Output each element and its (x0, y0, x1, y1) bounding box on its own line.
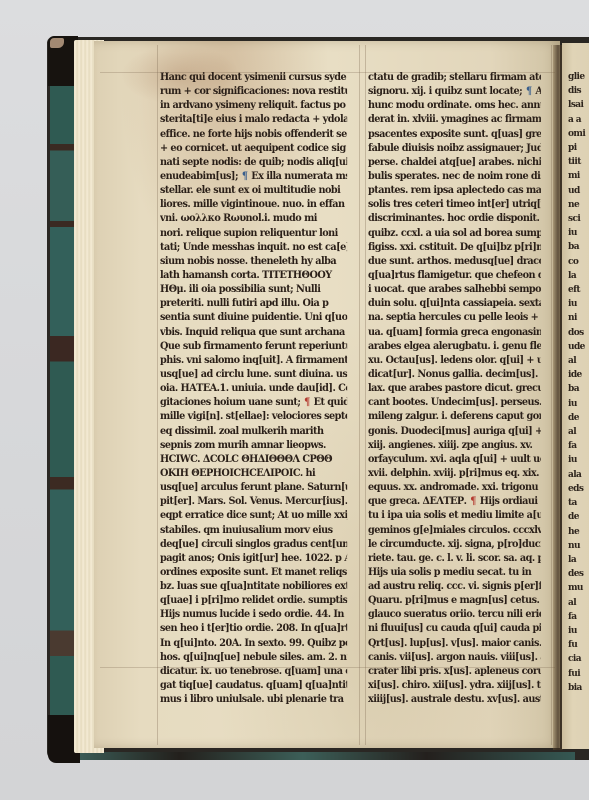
manuscript-line: Hijs numus lucide i sedo ordie. 44. In (160, 607, 347, 621)
manuscript-line: preteriti. nulli futiri apd illu. Oia p (160, 296, 347, 310)
manuscript-line: eq dissimil. zoal mulkerih marith (160, 424, 347, 438)
manuscript-line: sium nobis nosse. theneleth hy alba (160, 254, 347, 268)
manuscript-line: fabule diuisis noibz assignauer; Judi (368, 141, 541, 155)
manuscript-line: xu. Octau[us]. ledens olor. q[ui] + uult… (368, 353, 541, 367)
facing-page-line: sci (562, 212, 589, 226)
manuscript-line: eqpt erratice dice sunt; At uo mille xxi… (160, 508, 347, 522)
manuscript-line: lax. que arabes pastore dicut. grecu bo (368, 381, 541, 395)
manuscript-line: liores. mille vigintinoue. nuo. in effan (160, 197, 347, 211)
manuscript-line: phis. vni salomo inq[uit]. A firmamento … (160, 353, 347, 367)
manuscript-line: figiss. xxi. cstituit. De q[ui]bz p[ri]m… (368, 240, 541, 254)
manuscript-line: oia. HΑΤΕΑ.1. uniuia. unde dau[id]. Co (160, 381, 347, 395)
facing-page-line: ni (562, 311, 589, 325)
manuscript-line: xiiij[us]. australe destu. xv[us]. austr… (368, 692, 541, 706)
facing-page-line: omi (562, 127, 589, 141)
facing-page-line: iu (562, 297, 589, 311)
ruling-line-col-a-right (359, 45, 360, 745)
facing-page-line: ide (562, 368, 589, 382)
manuscript-line: ordines exposite sunt. Et manet reliqs o… (160, 565, 347, 579)
manuscript-line: rum + cor significaciones: nova restitui… (160, 84, 347, 98)
manuscript-line: ptantes. rem ipsa aplectedo cas ma (368, 183, 541, 197)
decorated-initial-icon: ¶ (241, 169, 249, 183)
facing-page-line: a a (562, 113, 589, 127)
manuscript-line: que greca. ΔΕΛΤΕΡ. ¶ Hijs ordiaui (368, 494, 541, 508)
manuscript-line: mille vigi[n]. st[ellae]: velociores sep… (160, 409, 347, 423)
facing-page-line: ta (562, 496, 589, 510)
ruling-line-col-b-left (365, 45, 366, 745)
manuscript-line: sentia sunt diuine puidentie. Uni q[uo]n… (160, 310, 347, 324)
facing-page-line: ala (562, 468, 589, 482)
manuscript-line: sepnis zom murih amnar lieopws. (160, 438, 347, 452)
manuscript-line: dicat[ur]. Nonus gallia. decim[us]. arch… (368, 367, 541, 381)
manuscript-line: ΟΚΙΗ ΘΕΡΗΟΙCΗCΕΛΙΡΟΙC. hi (160, 466, 347, 480)
facing-page-line: mi (562, 169, 589, 183)
facing-page-line: pi (562, 141, 589, 155)
manuscript-line: stellar. ele sunt ex oi multitudie nobi (160, 183, 347, 197)
facing-page-line: cia (562, 652, 589, 666)
manuscript-line: vbis. Inquid reliqua que sunt archana de… (160, 325, 347, 339)
facing-page-line: ud (562, 184, 589, 198)
facing-page-line: tiit (562, 155, 589, 169)
manuscript-line: nori. relique supion reliquentur loni (160, 226, 347, 240)
manuscript-line: crater libi pris. x[us]. apleneus corui. (368, 664, 541, 678)
manuscript-line: canis. vii[us]. argon nauis. viii[us]. a… (368, 650, 541, 664)
facing-page-line: fa (562, 610, 589, 624)
manuscript-line: Hanc qui docent ysimenii cursus syde (160, 70, 347, 84)
manuscript-line: ua. q[uam] formia greca engonasin dicit (368, 325, 541, 339)
manuscript-line: vni. ωολλκο Rωυnol.i. mudo mi (160, 211, 347, 225)
binding-bottom-edge (80, 752, 575, 760)
manuscript-line: le circumducte. xij. signa, p[ro]ducit a (368, 537, 541, 551)
text-column-b: ctatu de gradib; stellaru firmam atq[ue]… (368, 70, 550, 706)
manuscript-line: orfayculum. xvi. aqla q[ui] + uult uolas… (368, 452, 541, 466)
manuscript-line: + eo cornicet. ut aequipent codice sig (160, 141, 347, 155)
manuscript-line: hunc modu ordinate. oms hec. annu (368, 98, 541, 112)
manuscript-line: deq[ue] circuli singlos gradus cent[um] … (160, 537, 347, 551)
facing-page-line: al (562, 354, 589, 368)
manuscript-line: perse. chaldei atq[ue] arabes. nichil i … (368, 155, 541, 169)
facing-page-line: ba (562, 240, 589, 254)
manuscript-line: pit[er]. Mars. Sol. Venus. Mercur[ius]. … (160, 494, 347, 508)
facing-page-line: he (562, 525, 589, 539)
facing-page-line: de (562, 510, 589, 524)
manuscript-line: In q[ui]nto. 20A. In sexto. 99. Quibz po… (160, 636, 347, 650)
facing-page-line: eds (562, 482, 589, 496)
facing-page-line: iu (562, 226, 589, 240)
manuscript-line: xiij. angienes. xiiij. zpe angius. xv. (368, 438, 541, 452)
facing-page-line: la (562, 553, 589, 567)
manuscript-line: dicatur. ix. uo tenebrose. q[uam] una ob… (160, 664, 347, 678)
manuscript-line: i uocat. que arabes salhebbi sempo id (368, 282, 541, 296)
manuscript-line: duin solu. q[ui]nta cassiapeia. sexta co… (368, 296, 541, 310)
facing-page-line: iu (562, 397, 589, 411)
facing-page-line: bia (562, 681, 589, 695)
facing-page-line: ude (562, 340, 589, 354)
manuscript-line: Quaru. p[ri]mus e magn[us] cetus. secund… (368, 593, 541, 607)
facing-page-line: ne (562, 198, 589, 212)
manuscript-line: HΘμ. ili oia possibilia sunt; Nulli (160, 282, 347, 296)
manuscript-line: quibz. ccxl. a uia sol ad borea sumpte (368, 226, 541, 240)
manuscript-line: signoru. xij. i quibz sunt locate; ¶ Ad (368, 84, 541, 98)
facing-page-line: eft (562, 283, 589, 297)
manuscript-line: cant bootes. Undecim[us]. perseus. ha (368, 395, 541, 409)
decorated-initial-icon: ¶ (303, 395, 311, 409)
manuscript-line: Hijs uia solis p mediu secat. tu in (368, 565, 541, 579)
facing-page-line: al (562, 596, 589, 610)
facing-page-line: nu (562, 539, 589, 553)
manuscript-line: gonis. Duodeci[mus] auriga q[ui] + efful… (368, 424, 541, 438)
manuscript-line: xvii. delphin. xviij. p[ri]mus eq. xix. (368, 466, 541, 480)
manuscript-line: Qrt[us]. lup[us]. v[us]. maior canis. vi… (368, 636, 541, 650)
manuscript-line: tu i ipa uia solis et mediu limite a[ust… (368, 508, 541, 522)
facing-page-line: fui (562, 667, 589, 681)
manuscript-line: effice. ne forte hijs nobis offenderit s… (160, 127, 347, 141)
manuscript-line: ΗCΙWC. ΔCOLC ΘΗΔΙΘΘΘΛ CΡΘΘ (160, 452, 347, 466)
manuscript-line: psacentes exposite sunt. q[uas] greci la… (368, 127, 541, 141)
facing-page-line: iu (562, 453, 589, 467)
facing-page-line: dos (562, 326, 589, 340)
facing-page-line: al (562, 425, 589, 439)
manuscript-line: geminos g[e]miales circulos. cccxlvi. si… (368, 523, 541, 537)
facing-page-line: ba (562, 382, 589, 396)
manuscript-line: in ardvano ysimeny reliquit. factus po (160, 98, 347, 112)
manuscript-line: stabiles. qm inuiusalium morv eius (160, 523, 347, 537)
manuscript-line: discriminantes. hoc ordie disponit. Ex (368, 211, 541, 225)
manuscript-line: xi[us]. chiro. xii[us]. ydra. xiij[us]. … (368, 678, 541, 692)
manuscript-line: enudeabim[us]; ¶ Ex illa numerata msta (160, 169, 347, 183)
facing-page-line: de (562, 411, 589, 425)
manuscript-line: riete. tau. ge. c. l. v. li. scor. sa. a… (368, 551, 541, 565)
manuscript-line: q[ua]rtus flamigetur. que chefeon dicit (368, 268, 541, 282)
manuscript-line: derat in. xlviii. ymagines ac firmam[en] (368, 112, 541, 126)
manuscript-line: solis tres ceteri timeo int[er] utriq[ue… (368, 197, 541, 211)
manuscript-line: ni fluui[us] cu cauda q[ui] cauda pisas. (368, 621, 541, 635)
facing-page-line: fu (562, 638, 589, 652)
facing-page-line: mu (562, 581, 589, 595)
manuscript-line: usq[ue] arculus ferunt plane. Saturn[us]… (160, 480, 347, 494)
manuscript-line: Que sub firmamento ferunt reperiuntur a (160, 339, 347, 353)
manuscript-line: gat tiq[ue] caudatus. q[uam] q[ua]ntitat… (160, 678, 347, 692)
manuscript-line: mileng zalgur. i. deferens caput gor (368, 409, 541, 423)
manuscript-line: hos. q[ui]nq[ue] nebule siles. am. 2. nu… (160, 650, 347, 664)
facing-page-sliver: gliedislsaia aomipitiitmiudnesciiubacola… (562, 43, 589, 749)
manuscript-line: pagit anos; Onis igit[ur] hee. 1022. p A… (160, 551, 347, 565)
ruling-line-left (157, 45, 158, 745)
manuscript-line: q[uae] i p[ri]mo relidet ordie. sumptis … (160, 593, 347, 607)
manuscript-line: bz. luas sue q[ua]ntitate nobiliores ext… (160, 579, 347, 593)
manuscript-line: nati septe nodis: de quib; nodis aliq[ui… (160, 155, 347, 169)
facing-page-line: iu (562, 624, 589, 638)
manuscript-line: usq[ue] ad circlu lune. sunt diuina. usq… (160, 367, 347, 381)
manuscript-line: ctatu de gradib; stellaru firmam atq[ue] (368, 70, 541, 84)
manuscript-line: na. septia hercules cu pelle leois + cla (368, 310, 541, 324)
decorated-initial-icon: ¶ (469, 494, 477, 508)
facing-page-line: des (562, 567, 589, 581)
manuscript-line: lath hamansh corta. TIΤΕΤΗΘΟΟΥ (160, 268, 347, 282)
manuscript-line: mus i libro uniulsale. ubi plenarie tra (160, 692, 347, 706)
manuscript-line: arabes elgea alerugbatu. i. genu fle (368, 339, 541, 353)
manuscript-line: ad austru reliq. ccc. vi. signis p[er]fi… (368, 579, 541, 593)
manuscript-line: glauco sueratus oriio. tercu nili erida (368, 607, 541, 621)
facing-page-text: gliedislsaia aomipitiitmiudnesciiubacola… (562, 43, 589, 695)
manuscript-line: gitaciones hoium uane sunt; ¶ Et quide (160, 395, 347, 409)
facing-page-line: glie (562, 70, 589, 84)
manuscript-line: sen heo i t[er]tio ordie. 208. In q[ua]r… (160, 621, 347, 635)
manuscript-line: bulis sperates. nec de noim rone dise (368, 169, 541, 183)
manuscript-line: tati; Unde messhas inquit. no est ca[e]l… (160, 240, 347, 254)
facing-page-line: la (562, 269, 589, 283)
facing-page-line: co (562, 255, 589, 269)
facing-page-line: lsai (562, 98, 589, 112)
manuscript-line: equus. xx. andromade. xxi. trigonu (368, 480, 541, 494)
text-column-a: Hanc qui docent ysimenii cursus syderum … (160, 70, 357, 706)
binding-spine-strip (50, 80, 75, 720)
manuscript-line: sterita[ti]e eius i malo redacta + ydola… (160, 112, 347, 126)
facing-page-line: fa (562, 439, 589, 453)
ruling-line-right (551, 45, 552, 745)
facing-page-line: dis (562, 84, 589, 98)
manuscript-line: due sunt. arthos. medusq[ue] draco ifus (368, 254, 541, 268)
